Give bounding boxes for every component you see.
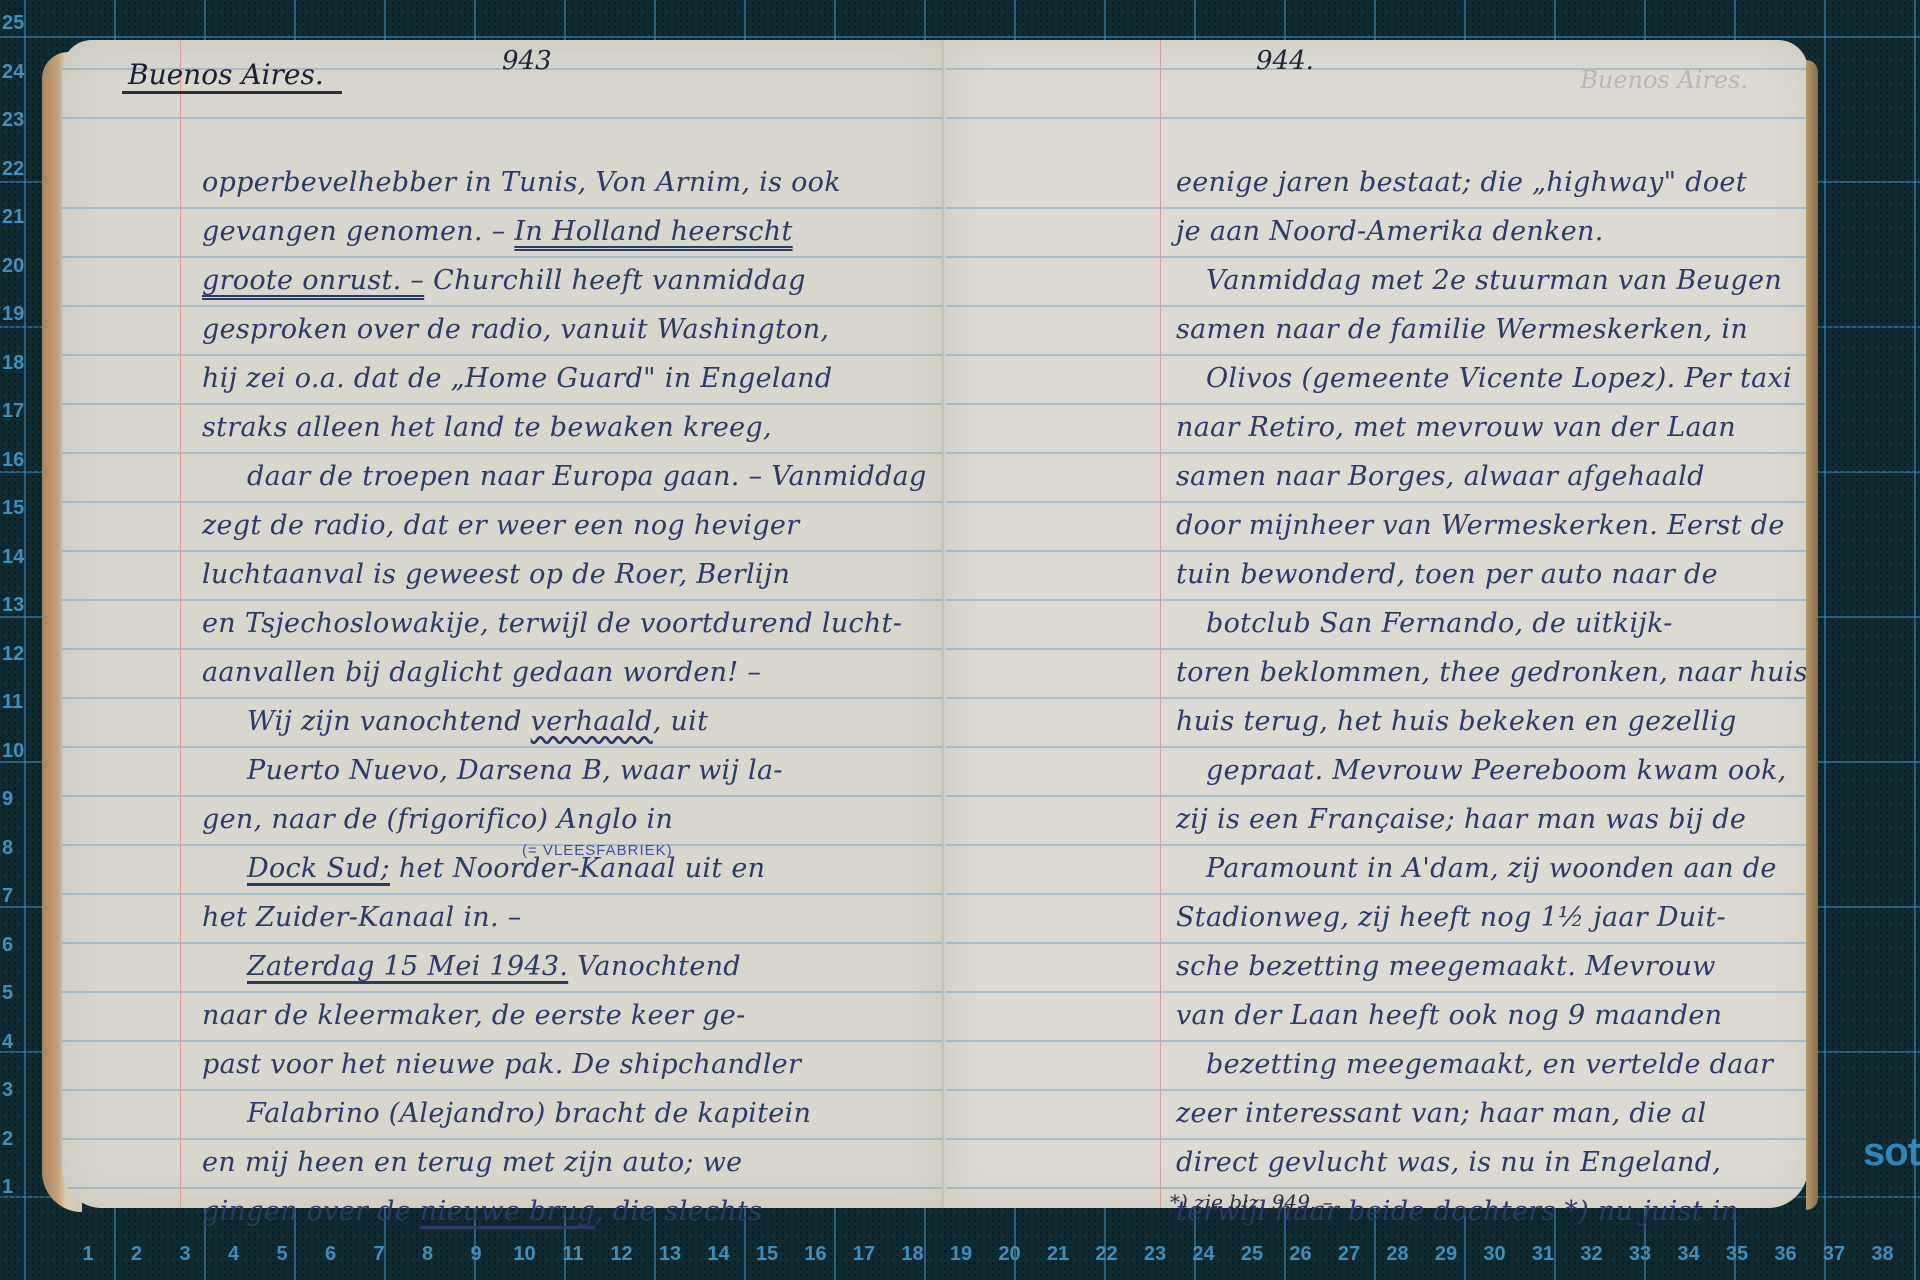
text-line: aanvallen bij daglicht gedaan worden! –	[62, 650, 946, 699]
text-line: gingen over de nieuwe brug, die slechts	[62, 1189, 946, 1238]
text-line: botclub San Fernando, de uitkijk-	[946, 601, 1808, 650]
ruler-tick-label: 1	[82, 1243, 93, 1266]
text-line: zij is een Française; haar man was bij d…	[946, 797, 1808, 846]
underlined-phrase: verhaald	[531, 706, 653, 737]
text-line: en mij heen en terug met zijn auto; we	[62, 1140, 946, 1189]
handwritten-lines: eenige jaren bestaat; die „highway" doet…	[946, 160, 1808, 1238]
ruler-tick-label: 9	[2, 788, 13, 811]
ruler-tick-label: 15	[2, 497, 24, 520]
ruler-tick-label: 5	[276, 1243, 287, 1266]
text-line: hij zei o.a. dat de „Home Guard" in Enge…	[62, 356, 946, 405]
ruler-tick-label: 28	[1386, 1243, 1408, 1266]
ruler-tick-label: 11	[2, 691, 23, 714]
ruler-tick-label: 35	[1726, 1243, 1748, 1266]
underlined-phrase: Dock Sud;	[247, 853, 390, 884]
text-line: past voor het nieuwe pak. De shipchandle…	[62, 1042, 946, 1091]
footnote: *) zie blz. 949. –	[1170, 1190, 1333, 1214]
ruler-tick-label: 23	[1144, 1243, 1166, 1266]
ruler-tick-label: 37	[1823, 1243, 1845, 1266]
ruler-tick-label: 21	[1047, 1243, 1069, 1266]
ruler-tick-label: 14	[2, 546, 24, 569]
ruler-tick-label: 18	[901, 1243, 923, 1266]
ruler-tick-label: 14	[707, 1243, 729, 1266]
text-fragment: , uit	[653, 706, 709, 737]
underlined-phrase: groote onrust. –	[202, 265, 424, 296]
ruler-tick-label: 10	[2, 740, 24, 763]
ruler-tick-label: 33	[1629, 1243, 1651, 1266]
ruler-tick-label: 2	[2, 1128, 13, 1151]
ruler-tick-label: 4	[2, 1031, 13, 1054]
text-line: Puerto Nuevo, Darsena B, waar wij la-	[62, 748, 946, 797]
ruler-tick-label: 16	[2, 449, 24, 472]
text-line: gepraat. Mevrouw Peereboom kwam ook,	[946, 748, 1808, 797]
ruler-tick-label: 7	[2, 885, 13, 908]
text-line: je aan Noord-Amerika denken.	[946, 209, 1808, 258]
text-line: en Tsjechoslowakije, terwijl de voortdur…	[62, 601, 946, 650]
ruler-tick-label: 29	[1435, 1243, 1457, 1266]
text-line: naar Retiro, met mevrouw van der Laan	[946, 405, 1808, 454]
ruler-tick-label: 38	[1871, 1243, 1893, 1266]
ruler-tick-label: 8	[422, 1243, 433, 1266]
text-line: Vanmiddag met 2e stuurman van Beugen	[946, 258, 1808, 307]
ruler-tick-label: 5	[2, 982, 13, 1005]
left-page: Buenos Aires. 943 opperbevelhebber in Tu…	[62, 40, 946, 1208]
ruler-tick-label: 34	[1677, 1243, 1699, 1266]
ruler-tick-label: 24	[2, 61, 24, 84]
text-line: Zaterdag 15 Mei 1943. Vanochtend	[62, 944, 946, 993]
cutting-mat-brand: sot	[1863, 1130, 1920, 1175]
ruler-tick-label: 12	[610, 1243, 632, 1266]
ruler-tick-label: 6	[325, 1243, 336, 1266]
ruler-tick-label: 21	[2, 206, 24, 229]
ruler-tick-label: 6	[2, 934, 13, 957]
text-fragment: Churchill heeft vanmiddag	[424, 265, 805, 296]
text-line: straks alleen het land te bewaken kreeg,	[62, 405, 946, 454]
ruler-tick-label: 13	[2, 594, 24, 617]
ruler-tick-label: 27	[1338, 1243, 1360, 1266]
ruler-tick-label: 3	[2, 1079, 13, 1102]
ruler-tick-label: 17	[853, 1243, 875, 1266]
text-line: Falabrino (Alejandro) bracht de kapitein	[62, 1091, 946, 1140]
text-line: huis terug, het huis bekeken en gezellig	[946, 699, 1808, 748]
text-line: van der Laan heeft ook nog 9 maanden	[946, 993, 1808, 1042]
ruler-tick-label: 13	[659, 1243, 681, 1266]
ruler-tick-label: 32	[1580, 1243, 1602, 1266]
ruler-tick-label: 2	[131, 1243, 142, 1266]
text-line: naar de kleermaker, de eerste keer ge-	[62, 993, 946, 1042]
right-page: 944. Buenos Aires. eenige jaren bestaat;…	[946, 40, 1808, 1208]
ruler-tick-label: 18	[2, 352, 24, 375]
underlined-phrase: nieuwe brug	[420, 1196, 595, 1227]
ruler-tick-label: 26	[1289, 1243, 1311, 1266]
text-line: Olivos (gemeente Vicente Lopez). Per tax…	[946, 356, 1808, 405]
text-line: Paramount in A'dam, zij woonden aan de	[946, 846, 1808, 895]
ruler-tick-label: 3	[179, 1243, 190, 1266]
text-line: bezetting meegemaakt, en vertelde daar	[946, 1042, 1808, 1091]
date-heading: Zaterdag 15 Mei 1943.	[247, 951, 568, 982]
text-line: Stadionweg, zij heeft nog 1½ jaar Duit-	[946, 895, 1808, 944]
text-line: luchtaanval is geweest op de Roer, Berli…	[62, 552, 946, 601]
page-number: 943	[502, 46, 552, 76]
ruler-tick-label: 24	[1192, 1243, 1214, 1266]
text-line: samen naar Borges, alwaar afgehaald	[946, 454, 1808, 503]
cutting-mat-ruler-left: 2524232221201918171615141312111098765432…	[0, 0, 40, 1280]
text-line: samen naar de familie Wermeskerken, in	[946, 307, 1808, 356]
ruler-tick-label: 16	[804, 1243, 826, 1266]
ruler-tick-label: 20	[998, 1243, 1020, 1266]
text-line: door mijnheer van Wermeskerken. Eerst de	[946, 503, 1808, 552]
ruler-tick-label: 8	[2, 837, 13, 860]
ruler-tick-label: 15	[756, 1243, 778, 1266]
text-line: terwijl haar beide dochters *) nu juist …	[946, 1189, 1808, 1238]
ruler-tick-label: 22	[2, 158, 24, 181]
ruler-tick-label: 19	[2, 303, 24, 326]
handwritten-lines: opperbevelhebber in Tunis, Von Arnim, is…	[62, 160, 946, 1238]
text-fragment: Wij zijn vanochtend	[247, 706, 531, 737]
text-fragment: Vanochtend	[568, 951, 741, 982]
text-line: groote onrust. – Churchill heeft vanmidd…	[62, 258, 946, 307]
text-fragment: gingen over de	[202, 1196, 420, 1227]
ruler-tick-label: 30	[1483, 1243, 1505, 1266]
ruler-tick-label: 31	[1532, 1243, 1554, 1266]
page-number: 944.	[1256, 46, 1314, 76]
text-line: sche bezetting meegemaakt. Mevrouw	[946, 944, 1808, 993]
text-line: Wij zijn vanochtend verhaald, uit	[62, 699, 946, 748]
text-line: gesproken over de radio, vanuit Washingt…	[62, 307, 946, 356]
text-fragment: , die slechts	[595, 1196, 762, 1227]
ruler-tick-label: 23	[2, 109, 24, 132]
text-fragment: gevangen genomen. –	[202, 216, 514, 247]
text-line: direct gevlucht was, is nu in Engeland,	[946, 1140, 1808, 1189]
ruler-tick-label: 10	[513, 1243, 535, 1266]
text-line: gevangen genomen. – In Holland heerscht	[62, 209, 946, 258]
text-line: zegt de radio, dat er weer een nog hevig…	[62, 503, 946, 552]
text-line: Dock Sud; het Noorder-Kanaal uit en	[62, 846, 946, 895]
ruler-tick-label: 20	[2, 255, 24, 278]
text-line: opperbevelhebber in Tunis, Von Arnim, is…	[62, 160, 946, 209]
page-stack-edge	[1806, 60, 1818, 1210]
margin-annotation: (= VLEESFABRIEK)	[522, 842, 673, 859]
ruler-tick-label: 1	[2, 1176, 13, 1199]
place-header: Buenos Aires.	[122, 58, 342, 94]
ruler-tick-label: 17	[2, 400, 24, 423]
text-line: tuin bewonderd, toen per auto naar de	[946, 552, 1808, 601]
ruler-tick-label: 36	[1774, 1243, 1796, 1266]
ruler-tick-label: 12	[2, 643, 24, 666]
open-notebook: Buenos Aires. 943 opperbevelhebber in Tu…	[42, 32, 1804, 1220]
bleed-through-header: Buenos Aires.	[1580, 66, 1748, 94]
text-line: daar de troepen naar Europa gaan. – Vanm…	[62, 454, 946, 503]
text-line: toren beklommen, thee gedronken, naar hu…	[946, 650, 1808, 699]
text-line: eenige jaren bestaat; die „highway" doet	[946, 160, 1808, 209]
ruler-tick-label: 9	[470, 1243, 481, 1266]
ruler-tick-label: 11	[562, 1243, 583, 1266]
underlined-phrase: In Holland heerscht	[514, 216, 792, 247]
text-line: het Zuider-Kanaal in. –	[62, 895, 946, 944]
ruler-tick-label: 19	[950, 1243, 972, 1266]
ruler-tick-label: 7	[373, 1243, 384, 1266]
ruler-tick-label: 4	[228, 1243, 239, 1266]
ruler-tick-label: 25	[2, 12, 24, 35]
ruler-tick-label: 22	[1095, 1243, 1117, 1266]
text-line: gen, naar de (frigorifico) Anglo in	[62, 797, 946, 846]
text-line: zeer interessant van; haar man, die al	[946, 1091, 1808, 1140]
ruler-tick-label: 25	[1241, 1243, 1263, 1266]
